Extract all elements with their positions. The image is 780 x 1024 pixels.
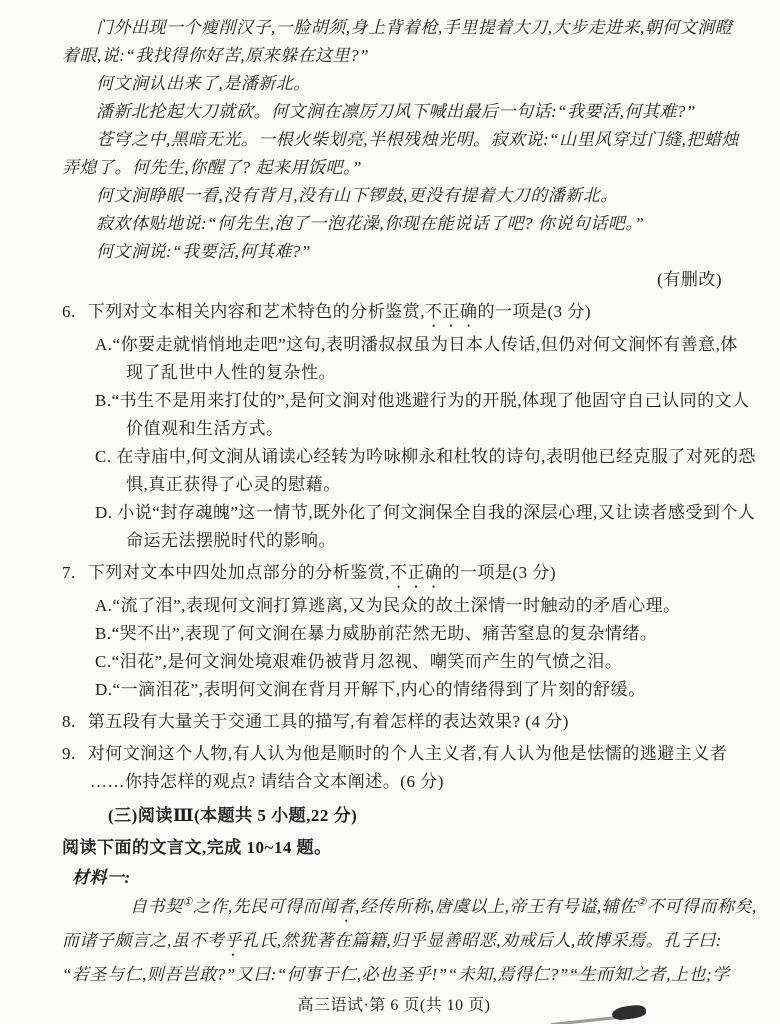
q6-option-a-line-1: A.“你要走就悄悄地走吧”这句,表明潘叔叔虽为日本人传话,但仍对何文涧怀有善意,… [62, 331, 726, 359]
q6-number: 6. [62, 298, 76, 326]
cl1-pre: 自书契 [130, 897, 183, 916]
question-7: 7.下列对文本中四处加点部分的分析鉴赏,不正确的一项是(3 分) A.“流了泪”… [62, 559, 726, 704]
q7-stem-emphasis: 不正确 [390, 563, 443, 582]
q6-option-b-line-2: 价值观和生活方式。 [62, 415, 726, 443]
page-content: 门外出现一个瘦削汉子,一脸胡须,身上背着枪,手里提着大刀,大步走进来,朝何文涧瞪… [0, 0, 780, 1020]
cl2-emphasis: 乎 [224, 931, 242, 950]
passage-line-9: 何文涧说:“我要活,何其难?” [62, 238, 726, 266]
q6-option-b-line-1: B.“书生不是用来打仗的”,是何文涧对他逃避行为的开脱,体现了他固守自己认同的文… [62, 387, 726, 415]
passage-line-2: 着眼,说:“我找得你好苦,原来躲在这里?” [62, 42, 726, 70]
q7-option-b: B.“哭不出”,表现了何文涧在暴力威胁前茫然无助、痛苦窒息的复杂情绪。 [62, 620, 726, 648]
q9-number: 9. [62, 740, 76, 768]
q6-option-d-line-2: 命运无法摆脱时代的影响。 [62, 527, 726, 555]
footnote-1-marker: ① [183, 896, 193, 908]
q9-line-1: 9.对何文涧这个人物,有人认为他是顺时的个人主义者,有人认为他是怯懦的逃避主义者 [62, 740, 726, 768]
material-1-label: 材料一: [62, 864, 726, 892]
section-3-heading: (三)阅读Ⅲ(本题共 5 小题,22 分) [62, 802, 726, 830]
passage-line-6: 弄熄了。何先生,你醒了? 起来用饭吧。” [62, 154, 726, 182]
passage-line-7: 何文涧睁眼一看,没有背月,没有山下锣鼓,更没有提着大刀的潘新北。 [62, 182, 726, 210]
q6-stem-emphasis: 不正确 [425, 302, 478, 321]
question-8: 8.第五段有大量关于交通工具的描写,有着怎样的表达效果? (4 分) [62, 708, 726, 736]
q9-line-2: ……你持怎样的观点? 请结合文本阐述。(6 分) [62, 768, 726, 796]
q6-stem: 6.下列对文本相关内容和艺术特色的分析鉴赏,不正确的一项是(3 分) [62, 298, 726, 331]
question-6: 6.下列对文本相关内容和艺术特色的分析鉴赏,不正确的一项是(3 分) A.“你要… [62, 298, 726, 555]
cl2-pre: 而诸子颇言之,虽不考 [62, 931, 224, 950]
q8-number: 8. [62, 708, 76, 736]
footnote-2-marker: ② [637, 896, 647, 908]
passage-line-4: 潘新北抡起大刀就砍。何文涧在凛厉刀风下喊出最后一句话:“我要活,何其难?” [62, 98, 726, 126]
passage-line-3: 何文涧认出来了,是潘新北。 [62, 70, 726, 98]
classical-line-3: “若圣与仁,则吾岂敢?”又曰:“何事于仁,必也圣乎!”“未知,焉得仁?”“生而知… [62, 960, 726, 990]
q8-text: 第五段有大量关于交通工具的描写,有着怎样的表达效果? (4 分) [88, 712, 569, 731]
q7-option-c: C.“泪花”,是何文涧处境艰难仍被背月忽视、嘲笑而产生的气愤之泪。 [62, 648, 726, 676]
passage-line-5: 苍穹之中,黑暗无光。一根火柴划亮,半根残烛光明。寂欢说:“山里风穿过门缝,把蜡烛 [62, 126, 726, 154]
q6-stem-pre: 下列对文本相关内容和艺术特色的分析鉴赏, [88, 302, 425, 321]
classical-line-1: 自书契①之作,先民可得而闻者,经传所称,唐虞以上,帝王有号谥,辅佐②不可得而称矣… [62, 892, 726, 926]
cl1-emphasis: 者 [338, 897, 356, 916]
q7-stem-pre: 下列对文本中四处加点部分的分析鉴赏, [88, 563, 390, 582]
q6-option-a-line-2: 现了乱世中人性的复杂性。 [62, 359, 726, 387]
q7-option-a: A.“流了泪”,表现何文涧打算逃离,又为民众的故土深情一时触动的矛盾心理。 [62, 592, 726, 620]
q7-stem-post: 的一项是(3 分) [443, 563, 557, 582]
q6-option-c-line-1: C. 在寺庙中,何文涧从诵读心经转为吟咏柳永和杜牧的诗句,表明他已经克服了对死的… [62, 443, 726, 471]
section-3-instruction: 阅读下面的文言文,完成 10~14 题。 [62, 834, 726, 862]
cl1-mid-2: ,经传所称,唐虞以上,帝王有号谥,辅佐 [355, 897, 637, 916]
q7-number: 7. [62, 559, 76, 587]
q7-stem: 7.下列对文本中四处加点部分的分析鉴赏,不正确的一项是(3 分) [62, 559, 726, 592]
narrative-passage: 门外出现一个瘦削汉子,一脸胡须,身上背着枪,手里提着大刀,大步走进来,朝何文涧瞪… [62, 14, 726, 266]
q6-stem-post: 的一项是(3 分) [478, 302, 592, 321]
q6-option-c-line-2: 惧,真正获得了心灵的慰藉。 [62, 471, 726, 499]
passage-line-1: 门外出现一个瘦削汉子,一脸胡须,身上背着枪,手里提着大刀,大步走进来,朝何文涧瞪 [62, 14, 726, 42]
passage-attribution: (有删改) [62, 266, 726, 294]
q7-option-d: D.“一滴泪花”,表明何文涧在背月开解下,内心的情绪得到了片刻的舒缓。 [62, 676, 726, 704]
classical-line-2: 而诸子颇言之,虽不考乎孔氏,然犹著在篇籍,归乎显善昭恶,劝戒后人,故博采焉。孔子… [62, 926, 726, 960]
cl2-post: 孔氏,然犹著在篇籍,归乎显善昭恶,劝戒后人,故博采焉。孔子曰: [242, 931, 722, 950]
q9-text-line-1: 对何文涧这个人物,有人认为他是顺时的个人主义者,有人认为他是怯懦的逃避主义者 [88, 744, 728, 763]
q6-option-d-line-1: D. 小说“封存魂魄”这一情节,既外化了何文涧保全自我的深层心理,又让读者感受到… [62, 499, 726, 527]
passage-line-8: 寂欢体贴地说:“何先生,泡了一泡花澡,你现在能说话了吧? 你说句话吧。” [62, 210, 726, 238]
cl1-mid-1: 之作,先民可得而闻 [193, 897, 338, 916]
classical-passage: 自书契①之作,先民可得而闻者,经传所称,唐虞以上,帝王有号谥,辅佐②不可得而称矣… [62, 892, 726, 990]
question-9: 9.对何文涧这个人物,有人认为他是顺时的个人主义者,有人认为他是怯懦的逃避主义者… [62, 740, 726, 796]
cl1-post: 不可得而称矣, [647, 897, 757, 916]
exam-paper-page: 门外出现一个瘦削汉子,一脸胡须,身上背着枪,手里提着大刀,大步走进来,朝何文涧瞪… [0, 0, 780, 1024]
